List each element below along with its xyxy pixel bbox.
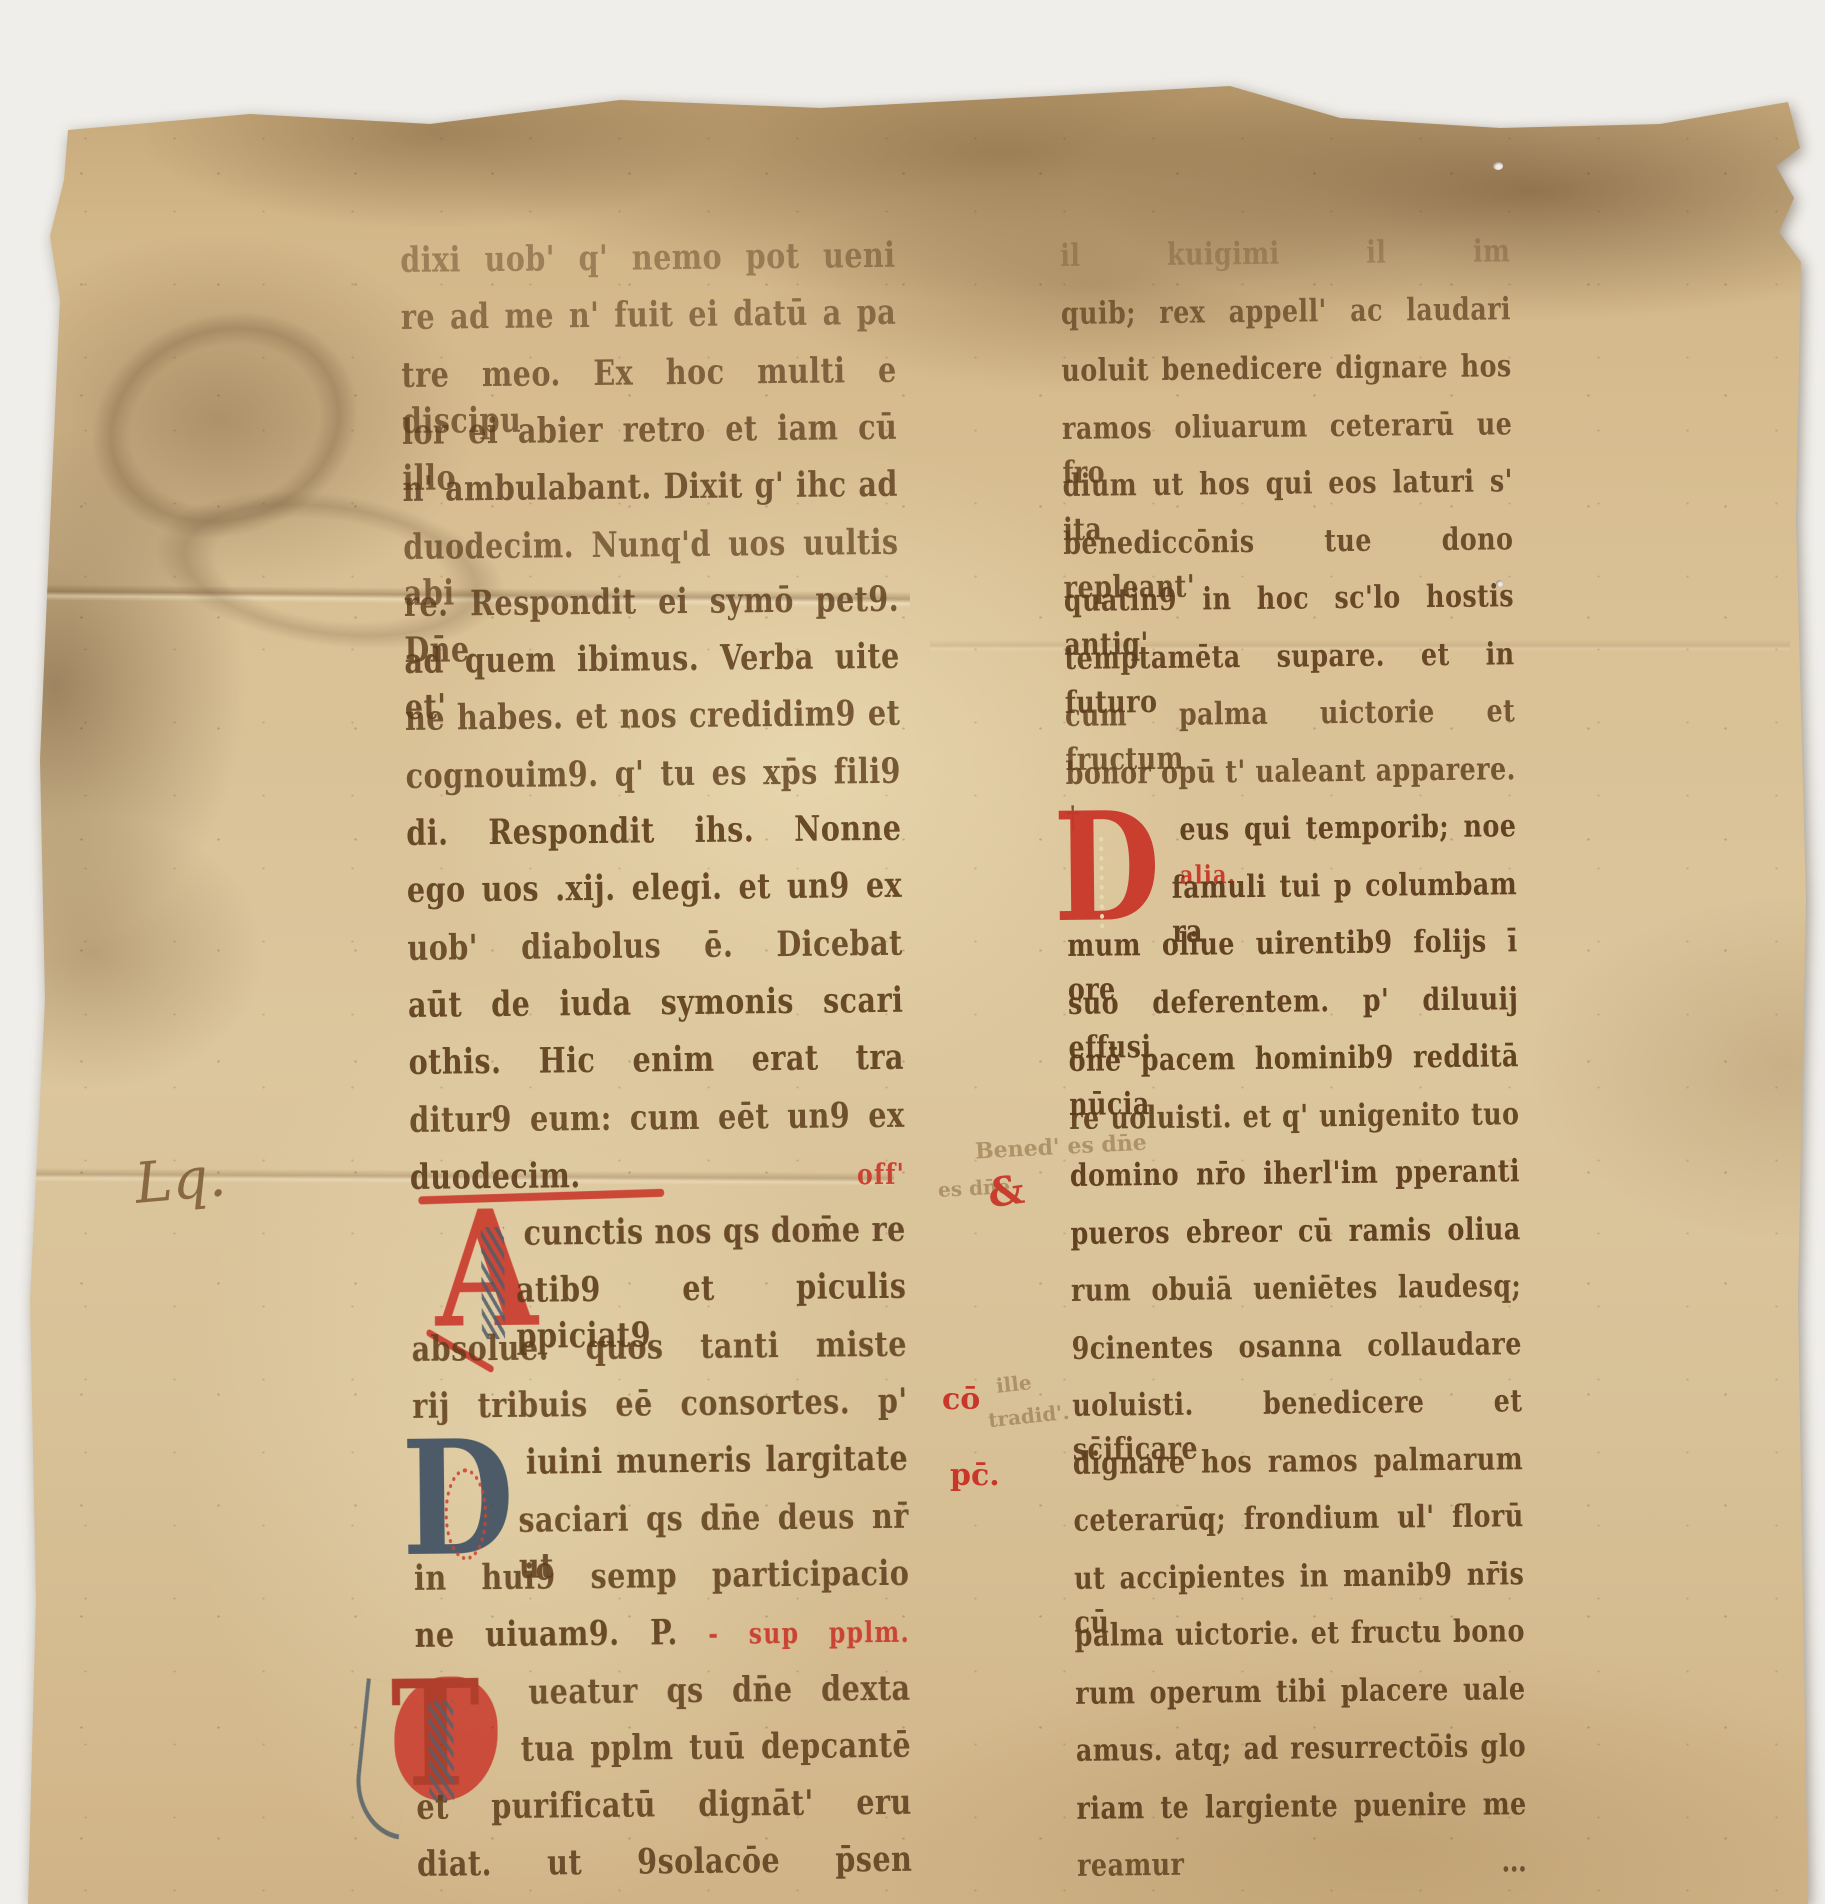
- manuscript-text: di. Respondit ihs. Nonne: [406, 808, 902, 854]
- manuscript-line: il kuigimi il im: [1060, 229, 1511, 284]
- manuscript-line: suo deferentem. p' diluuij effusi: [1068, 977, 1519, 1032]
- manuscript-line: 9cinentes osanna collaudare: [1071, 1322, 1522, 1377]
- right-text-column: il kuigimi il imquib; rex appell' ac lau…: [1060, 228, 1620, 234]
- manuscript-text: eus qui temporib; noe: [1179, 808, 1516, 848]
- manuscript-text: dixi uob' q' nemo pot ueni: [400, 235, 896, 281]
- manuscript-line: ut accipientes in manib9 nr̄is cū: [1074, 1552, 1525, 1607]
- manuscript-line: othis. Hic enim erat tra: [408, 1035, 904, 1090]
- manuscript-line: famuli tui p columbam ra: [1067, 862, 1518, 917]
- manuscript-line: ne uiuam9. P. - sup pplm.: [414, 1608, 910, 1663]
- rubric-text: off': [857, 1157, 905, 1192]
- communio-rubric-cue: cō: [942, 1382, 980, 1417]
- manuscript-text: dignare hos ramos palmarum: [1073, 1441, 1524, 1482]
- manuscript-line: dium ut hos qui eos laturi s' ita: [1062, 459, 1513, 514]
- manuscript-text: rum obuiā ueniētes laudesq;: [1071, 1268, 1522, 1309]
- manuscript-text: et purificatū dignāt' eru: [416, 1782, 912, 1828]
- manuscript-text: il kuigimi il im: [1060, 233, 1511, 274]
- manuscript-line: temptamēta supare. et in futuro: [1064, 632, 1515, 687]
- rubric-text: - sup pplm.: [708, 1615, 910, 1651]
- manuscript-line: uob' diabolus ē. Dicebat: [407, 921, 903, 976]
- folio-margin-mark: Lq.: [132, 1144, 228, 1217]
- manuscript-line: dixi uob' q' nemo pot ueni: [400, 233, 896, 288]
- manuscript-line: Tueatur qs dn̄e dexta: [415, 1666, 911, 1721]
- communio-faint-cue: tradid'.: [987, 1400, 1070, 1432]
- manuscript-text: ueatur qs dn̄e dexta: [528, 1668, 911, 1713]
- manuscript-text: 9cinentes osanna collaudare: [1071, 1326, 1522, 1367]
- manuscript-line: Diuini muneris largitate: [413, 1436, 909, 1491]
- parchment-wrinkle: [26, 246, 423, 605]
- manuscript-line: palma uictorie. et fructu bono: [1074, 1609, 1525, 1664]
- manuscript-text: ego uos .xij. elegi. et un9 ex: [407, 865, 903, 911]
- manuscript-text: uob' diabolus ē. Dicebat: [407, 923, 903, 969]
- manuscript-line: ditur9 eum: cum eēt un9 ex: [409, 1093, 905, 1148]
- manuscript-line: in hui9 semp participacio: [414, 1551, 910, 1606]
- manuscript-text: ditur9 eum: cum eēt un9 ex: [409, 1095, 905, 1141]
- parchment-leaf: dixi uob' q' nemo pot uenire ad me n' fu…: [0, 0, 1825, 1904]
- scanned-manuscript-page: { "artifact": { "type": "medieval manusc…: [0, 0, 1825, 1904]
- penwork-decoration: [351, 1678, 415, 1839]
- manuscript-text: iuini muneris largitate: [526, 1438, 909, 1483]
- parchment-shadow: dixi uob' q' nemo pot uenire ad me n' fu…: [0, 0, 1825, 1904]
- manuscript-text: ceterarūq; frondium ul' florū: [1073, 1498, 1524, 1539]
- manuscript-line: atib9 et piculis ppiciat9: [411, 1264, 907, 1319]
- manuscript-line: tua pplm tuū depcantē: [416, 1723, 912, 1778]
- manuscript-line: absolue. quos tanti miste: [411, 1322, 907, 1377]
- manuscript-line: quib; rex appell' ac laudari: [1061, 287, 1512, 342]
- manuscript-line: pueros ebreor cū ramis oliua: [1070, 1207, 1521, 1262]
- manuscript-text: diat. ut 9solacōe p̄sen: [417, 1839, 913, 1885]
- manuscript-line: re. Respondit ei symō pet9. Dn̄e: [404, 577, 900, 632]
- manuscript-text: n' ambulabant. Dixit g' ihc ad: [402, 464, 898, 510]
- manuscript-line: riam te largiente puenire me: [1076, 1782, 1527, 1837]
- manuscript-line: uoluit benedicere dignare hos: [1061, 344, 1512, 399]
- manuscript-text: aūt de iuda symonis scari: [408, 980, 904, 1026]
- manuscript-text: riam te largiente puenire me: [1076, 1786, 1527, 1827]
- manuscript-line: ramos oliuarum ceterarū ue fro: [1062, 402, 1513, 457]
- manuscript-text: cunctis nos qs dom̄e re: [523, 1209, 906, 1254]
- manuscript-line: quatin9 in hoc sc'lo hostis antiq': [1064, 574, 1515, 629]
- manuscript-text: domino nr̄o iherl'im pperanti: [1070, 1153, 1521, 1194]
- manuscript-line: ego uos .xij. elegi. et un9 ex: [407, 863, 903, 918]
- manuscript-text: pueros ebreor cū ramis oliua: [1070, 1211, 1521, 1252]
- manuscript-line: aūt de iuda symonis scari: [408, 978, 904, 1033]
- communio-faint-cue: ille: [995, 1370, 1033, 1398]
- manuscript-line: cognouim9. q' tu es xp̄s fili9: [405, 749, 901, 804]
- manuscript-line: cum palma uictorie et fructum: [1065, 689, 1516, 744]
- manuscript-line: saciari qs dn̄e deus nr̄ ut: [413, 1494, 909, 1549]
- manuscript-text: absolue. quos tanti miste: [411, 1324, 907, 1370]
- manuscript-line: lor ei abier retro et iam cū illo: [402, 405, 898, 460]
- manuscript-line: benediccōnis tue dono repleant': [1063, 517, 1514, 572]
- manuscript-line: ne habes. et nos credidim9 et: [405, 691, 901, 746]
- manuscript-line: onē pacem hominib9 redditā nūcia: [1068, 1034, 1519, 1089]
- manuscript-line: ad quem ibimus. Verba uite et': [404, 634, 900, 689]
- manuscript-line: ceterarūq; frondium ul' florū: [1073, 1494, 1524, 1549]
- manuscript-line: duodecim. Nunq'd uos uultis abi: [403, 520, 899, 575]
- manuscript-line: Acunctis nos qs dom̄e re: [410, 1207, 906, 1262]
- manuscript-text: amus. atq; ad resurrectōis glo: [1076, 1728, 1527, 1769]
- manuscript-line: reamur …: [1077, 1839, 1528, 1894]
- worm-hole: [1493, 162, 1503, 170]
- manuscript-text: cognouim9. q' tu es xp̄s fili9: [405, 751, 901, 797]
- manuscript-line: re ad me n' fuit ei datū a pa: [401, 290, 897, 345]
- manuscript-line: diat. ut 9solacōe p̄sen: [417, 1837, 913, 1892]
- manuscript-text: ne habes. et nos credidim9 et: [405, 693, 901, 739]
- manuscript-text: reamur …: [1077, 1843, 1528, 1884]
- manuscript-text: re ad me n' fuit ei datū a pa: [401, 292, 897, 338]
- manuscript-text: rum operum tibi placere uale: [1075, 1671, 1526, 1712]
- rubric-paraph-glyph: &: [985, 1166, 1027, 1218]
- left-text-column: dixi uob' q' nemo pot uenire ad me n' fu…: [400, 232, 1010, 238]
- manuscript-line: amus. atq; ad resurrectōis glo: [1076, 1724, 1527, 1779]
- manuscript-line: Deus qui temporib; noe alia.: [1066, 804, 1517, 859]
- manuscript-line: rum operum tibi placere uale: [1075, 1667, 1526, 1722]
- manuscript-line: tre meo. Ex hoc multi e discipu: [401, 348, 897, 403]
- manuscript-line: rum obuiā ueniētes laudesq;: [1071, 1264, 1522, 1319]
- manuscript-line: mum oliue uirentib9 folijs ī ore: [1067, 919, 1518, 974]
- manuscript-line: dignare hos ramos palmarum: [1073, 1437, 1524, 1492]
- manuscript-text: in hui9 semp participacio: [414, 1553, 910, 1599]
- postcommunio-rubric-cue: pc̄.: [950, 1458, 1000, 1493]
- manuscript-text: othis. Hic enim erat tra: [408, 1037, 904, 1083]
- manuscript-line: uoluisti. benedicere et sc̄ificare: [1072, 1379, 1523, 1434]
- manuscript-text: quib; rex appell' ac laudari: [1061, 291, 1512, 332]
- manuscript-line: di. Respondit ihs. Nonne: [406, 806, 902, 861]
- manuscript-line: domino nr̄o iherl'im pperanti: [1070, 1149, 1521, 1204]
- manuscript-line: n' ambulabant. Dixit g' ihc ad: [402, 462, 898, 517]
- manuscript-line: et purificatū dignāt' eru: [416, 1780, 912, 1835]
- manuscript-text: tua pplm tuū depcantē: [521, 1725, 912, 1770]
- manuscript-text: uoluit benedicere dignare hos: [1061, 348, 1512, 389]
- manuscript-text: palma uictorie. et fructu bono: [1074, 1613, 1525, 1654]
